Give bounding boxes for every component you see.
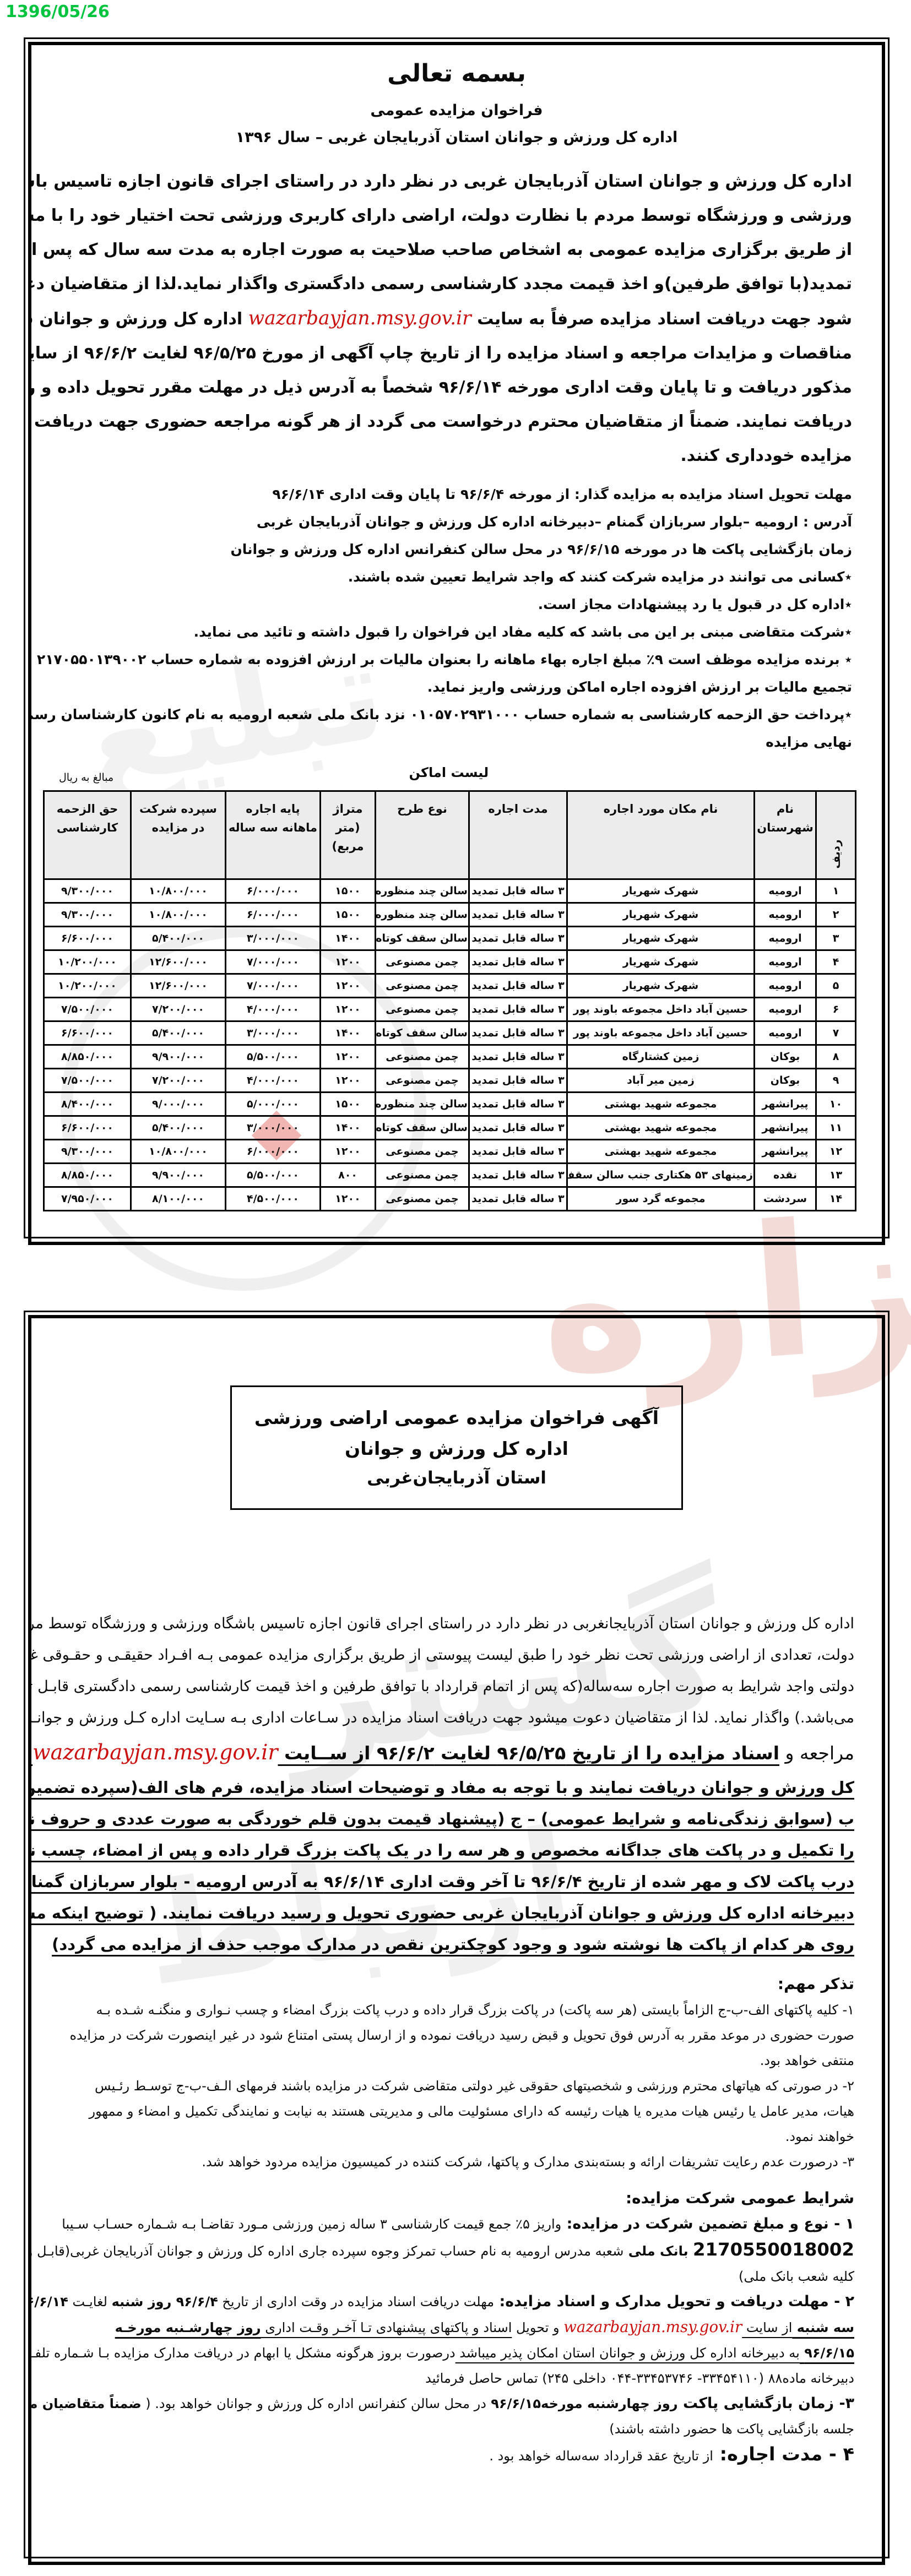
table-cell: زمینهای ۵۳ هکتاری جنب سالن سقف کوتاه bbox=[567, 1164, 755, 1187]
table-cell: چمن مصنوعی bbox=[376, 998, 469, 1021]
table-cell: ۸/۴۰۰/۰۰۰ bbox=[44, 1093, 131, 1116]
text-segment: ٭پرداخت حق الزحمه کارشناسی به شماره حساب… bbox=[28, 707, 852, 722]
text-line: مذکور دریافت و تا پایان وقت اداری مورخه … bbox=[61, 371, 852, 405]
text-segment: اسناد و پاکتهای پیشنهادی تـا آخـر وقـت ا… bbox=[261, 2320, 512, 2335]
table-cell: چمن مصنوعی bbox=[376, 1069, 469, 1093]
date-stamp: 1396/05/26 bbox=[6, 2, 110, 21]
text-segment: دولتی واجد شرایط به صورت اجاره سه‌ساله(ک… bbox=[28, 1678, 854, 1695]
table-cell: سالن چند منظوره bbox=[376, 1093, 469, 1116]
table-row: ۱۴سردشتمجموعه گرد سور۳ ساله قابل تمدیدچم… bbox=[44, 1187, 856, 1211]
table-cell: ۱۴ bbox=[816, 1187, 856, 1211]
text-segment: واریز ۵٪ جمع قیمت کارشناسی ۳ ساله زمین و… bbox=[62, 2216, 561, 2232]
table-row: ۹بوکانزمین میر آباد۳ ساله قابل تمدیدچمن … bbox=[44, 1069, 856, 1093]
table-cell: ۱۲۰۰ bbox=[321, 974, 376, 998]
table-cell: ۱۲ bbox=[816, 1140, 856, 1164]
table-cell: چمن مصنوعی bbox=[376, 1187, 469, 1211]
table-cell: چمن مصنوعی bbox=[376, 1045, 469, 1069]
table-cell: ۱۲۰۰ bbox=[321, 950, 376, 974]
table-cell: بوکان bbox=[755, 1045, 816, 1069]
table-cell: چمن مصنوعی bbox=[376, 1140, 469, 1164]
table-cell: ۳/۰۰۰/۰۰۰ bbox=[226, 1021, 321, 1045]
table-cell: سالن سقف کوتاه bbox=[376, 927, 469, 950]
table-cell: ۳ ساله قابل تمدید bbox=[469, 903, 567, 927]
table-cell: ۳ bbox=[816, 927, 856, 950]
text-line: اداره کل ورزش و جوانان استان آذربایجانغر… bbox=[59, 1608, 854, 1639]
text-line: نهایی مزایده bbox=[61, 729, 852, 756]
table-cell: مجموعه شهید بهشتی bbox=[567, 1116, 755, 1140]
page1-content: بسمه تعالی فراخوان مزایده عمومی اداره کل… bbox=[28, 42, 885, 1245]
table-cell: ۳ ساله قابل تمدید bbox=[469, 1021, 567, 1045]
table-cell: ۹/۰۰۰/۰۰۰ bbox=[131, 1093, 226, 1116]
table-cell: ۲ bbox=[816, 903, 856, 927]
table-cell: ۶/۶۰۰/۰۰۰ bbox=[44, 1116, 131, 1140]
table-cell: ۳ ساله قابل تمدید bbox=[469, 1069, 567, 1093]
table-cell: ۵/۰۰۰/۰۰۰ bbox=[226, 1093, 321, 1116]
page1-bullet-list: مهلت تحویل اسناد مزایده به مزایده گذار: … bbox=[61, 481, 852, 756]
table-row: ۱۳نقدهزمینهای ۵۳ هکتاری جنب سالن سقف کوت… bbox=[44, 1164, 856, 1187]
text-segment: اداره bbox=[28, 1742, 32, 1764]
page1-frame: بسمه تعالی فراخوان مزایده عمومی اداره کل… bbox=[24, 37, 890, 1238]
text-segment: به دبیرخانه اداره کل ورزش و جوانان استان… bbox=[455, 2345, 800, 2361]
website-link[interactable]: wazarbayjan.msy.gov.ir bbox=[563, 2318, 742, 2336]
text-segment: بانک ملی bbox=[623, 2243, 693, 2259]
text-segment: آدرس : ارومیه –بلوار سربازان گمنام –دبیر… bbox=[257, 514, 852, 530]
table-cell: سالن چند منظوره bbox=[376, 903, 469, 927]
table-cell: ۵/۴۰۰/۰۰۰ bbox=[131, 1021, 226, 1045]
table-cell: ۵ bbox=[816, 974, 856, 998]
notice-heading: تذکر مهم: bbox=[59, 1975, 854, 1993]
page1-subtitle: اداره کل ورزش و جوانان استان آذربایجان غ… bbox=[57, 129, 856, 146]
conditions-heading: شرایط عمومی شرکت مزایده: bbox=[59, 2189, 854, 2207]
text-segment: ۱ - نوع و مبلغ تضمین شرکت در مزایده: bbox=[561, 2215, 854, 2232]
table-cell: شهرک شهریار bbox=[567, 903, 755, 927]
page2-frame: آگهی فراخوان مزایده عمومی اراضی ورزشی اد… bbox=[24, 1311, 890, 2558]
table-cell: ۹/۳۰۰/۰۰۰ bbox=[44, 903, 131, 927]
table-row: ۶ارومیهحسین آباد داخل مجموعه باوند پور۳ … bbox=[44, 998, 856, 1021]
table-unit-note: مبالغ به ریال bbox=[59, 771, 113, 784]
text-line: ٭ برنده مزایده موظف است ۹٪ مبلغ اجاره به… bbox=[61, 646, 852, 673]
text-segment: شود جهت دریافت اسناد مزایده صرفاً به سای… bbox=[471, 309, 852, 329]
table-row: ۵ارومیهشهرک شهریار۳ ساله قابل تمدیدچمن م… bbox=[44, 974, 856, 998]
text-segment: ٭کسانی می توانند در مزایده شرکت کنند که … bbox=[348, 569, 852, 585]
table-cell: ۷/۰۰۰/۰۰۰ bbox=[226, 950, 321, 974]
table-row: ۱ارومیهشهرک شهریار۳ ساله قابل تمدیدسالن … bbox=[44, 879, 856, 903]
text-segment: ۲ - مهلت دریافت و تحویل مدارک و اسناد مز… bbox=[494, 2293, 854, 2310]
table-cell: ۱۰ bbox=[816, 1093, 856, 1116]
table-cell: ۱۵۰۰ bbox=[321, 1093, 376, 1116]
table-cell: ۳ ساله قابل تمدید bbox=[469, 998, 567, 1021]
text-line: دبیرخانه ماده۸۸ (۳۳۴۵۴۱۱۰- ۳۳۴۵۳۷۴۶-۰۴۴ … bbox=[59, 2366, 854, 2391]
text-line: دریافت نمایند. ضمناً از متقاضیان محترم د… bbox=[61, 405, 852, 439]
table-cell: ۹/۳۰۰/۰۰۰ bbox=[44, 1140, 131, 1164]
table-cell: ۱۰/۸۰۰/۰۰۰ bbox=[131, 903, 226, 927]
table-cell: شهرک شهریار bbox=[567, 974, 755, 998]
text-segment: روز چهارشـنبه مورخـه bbox=[115, 2320, 261, 2335]
table-cell: چمن مصنوعی bbox=[376, 974, 469, 998]
table-cell: ۵/۴۰۰/۰۰۰ bbox=[131, 1116, 226, 1140]
table-cell: ارومیه bbox=[755, 950, 816, 974]
table-row: ۲ارومیهشهرک شهریار۳ ساله قابل تمدیدسالن … bbox=[44, 903, 856, 927]
text-segment: ۹۶/۶/۱۴ روز bbox=[28, 2294, 68, 2309]
text-line: ۴ - مدت اجاره: از تاریخ عقد قرارداد سه‌س… bbox=[59, 2442, 854, 2469]
table-cell: ۴/۵۰۰/۰۰۰ bbox=[226, 1187, 321, 1211]
text-line: روی هر کدام از پاکت ها نوشته شود و وجود … bbox=[59, 1929, 854, 1960]
text-line: تمدید(با توافق طرفین)و اخذ قیمت مجدد کار… bbox=[61, 267, 852, 301]
text-segment: تجمیع مالیات بر ارزش افزوده اجاره اماکن … bbox=[427, 679, 852, 695]
table-cell: ۳ ساله قابل تمدید bbox=[469, 927, 567, 950]
table-cell: ۱۵۰۰ bbox=[321, 903, 376, 927]
text-line: دبیرخانه اداره کل ورزش و جوانان آذربایجا… bbox=[59, 1898, 854, 1929]
table-title: لیست اماکن bbox=[409, 765, 489, 780]
table-cell: ۸ bbox=[816, 1045, 856, 1069]
text-line: ٭اداره کل در قبول یا رد پیشنهادات مجاز ا… bbox=[61, 591, 852, 618]
table-cell: ۶ bbox=[816, 998, 856, 1021]
text-line: جلسه بازگشایی پاکت ها حضور داشته باشند) bbox=[59, 2416, 854, 2442]
table-cell: ۱۱ bbox=[816, 1116, 856, 1140]
table-row: ۴ارومیهشهرک شهریار۳ ساله قابل تمدیدچمن م… bbox=[44, 950, 856, 974]
table-cell: ۱۰/۸۰۰/۰۰۰ bbox=[131, 1140, 226, 1164]
text-line: را تکمیل و در پاکت های جداگانه مخصوص و ه… bbox=[59, 1835, 854, 1866]
table-column-header: ردیف bbox=[816, 791, 856, 879]
table-cell: ارومیه bbox=[755, 927, 816, 950]
text-line: ۱ - نوع و مبلغ تضمین شرکت در مزایده: وار… bbox=[59, 2211, 854, 2237]
table-cell: ۱۲۰۰ bbox=[321, 998, 376, 1021]
table-column-header: مدت اجاره bbox=[469, 791, 567, 879]
table-caption-row: لیست اماکن مبالغ به ریال bbox=[57, 759, 856, 790]
text-segment: ۹۶/۶/۱۵ bbox=[800, 2345, 854, 2361]
table-cell: ۱۴۰۰ bbox=[321, 1116, 376, 1140]
text-segment: هیات، مدیر عامل یا رئیس هیات مدیره یا هی… bbox=[89, 2104, 854, 2119]
table-cell: ۳ ساله قابل تمدید bbox=[469, 974, 567, 998]
page1-title: فراخوان مزایده عمومی bbox=[57, 102, 856, 119]
table-cell: ۳ ساله قابل تمدید bbox=[469, 1093, 567, 1116]
text-line: شود جهت دریافت اسناد مزایده صرفاً به سای… bbox=[61, 301, 852, 336]
table-cell: پیرانشهر bbox=[755, 1093, 816, 1116]
table-cell: ۱۳ bbox=[816, 1164, 856, 1187]
table-cell: ۸۰۰ bbox=[321, 1164, 376, 1187]
table-cell: ۱۲۰۰ bbox=[321, 1187, 376, 1211]
text-segment: زمان بازگشایی پاکت ها در مورخه ۹۶/۶/۱۵ د… bbox=[230, 541, 852, 557]
table-column-header: نام مکان مورد اجاره bbox=[567, 791, 755, 879]
page1-paragraph: اداره کل ورزش و جوانان استان آذربایجان غ… bbox=[61, 165, 852, 473]
text-line: ۳- درصورت عدم رعایت تشریفات ارائه و بسته… bbox=[59, 2149, 854, 2175]
table-column-header: نوع طرح bbox=[376, 791, 469, 879]
table-cell: ۷/۲۰۰/۰۰۰ bbox=[131, 998, 226, 1021]
table-cell: سالن سقف کوتاه bbox=[376, 1021, 469, 1045]
table-cell: ۱۴۰۰ bbox=[321, 1021, 376, 1045]
table-cell: ۳ ساله قابل تمدید bbox=[469, 1140, 567, 1164]
table-cell: ارومیه bbox=[755, 879, 816, 903]
table-cell: ۱۲/۶۰۰/۰۰۰ bbox=[131, 950, 226, 974]
text-segment: اداره کل ورزش و جوانان قسمت bbox=[28, 309, 248, 329]
text-line: ورزشی و ورزشگاه توسط مردم با نظارت دولت،… bbox=[61, 199, 852, 233]
table-cell: ۴/۰۰۰/۰۰۰ bbox=[226, 998, 321, 1021]
table-column-header: سپرده شرکت در مزایده bbox=[131, 791, 226, 879]
table-cell: سالن سقف کوتاه bbox=[376, 1116, 469, 1140]
table-cell: ۴/۰۰۰/۰۰۰ bbox=[226, 1069, 321, 1093]
page2-content: آگهی فراخوان مزایده عمومی اراضی ورزشی اد… bbox=[28, 1315, 885, 2565]
table-cell: شهرک شهریار bbox=[567, 927, 755, 950]
text-segment: دریافت نمایند. ضمناً از متقاضیان محترم د… bbox=[28, 412, 852, 431]
text-segment: سه شنبه bbox=[792, 2320, 854, 2335]
bismillah-heading: بسمه تعالی bbox=[57, 59, 856, 88]
table-cell: بوکان bbox=[755, 1069, 816, 1093]
table-cell: ارومیه bbox=[755, 903, 816, 927]
table-cell: ۳ ساله قابل تمدید bbox=[469, 879, 567, 903]
text-line: کل ورزش و جوانان دریافت نمایند و با توجه… bbox=[59, 1772, 854, 1803]
text-line: دولتی واجد شرایط به صورت اجاره سه‌ساله(ک… bbox=[59, 1671, 854, 1702]
table-cell: ۷/۹۵۰/۰۰۰ bbox=[44, 1187, 131, 1211]
table-row: ۳ارومیهشهرک شهریار۳ ساله قابل تمدیدسالن … bbox=[44, 927, 856, 950]
table-cell: ۱ bbox=[816, 879, 856, 903]
text-segment: ب (سوابق زندگی‌نامه و شرایط عمومی) – ج (… bbox=[28, 1809, 854, 1828]
table-row: ۱۲پیرانشهرمجموعه شهید بهشتی۳ ساله قابل ت… bbox=[44, 1140, 856, 1164]
text-segment: ۱- کلیه پاکتهای الف-ب-ج الزاماً بایستی (… bbox=[96, 2002, 854, 2018]
text-line: مهلت تحویل اسناد مزایده به مزایده گذار: … bbox=[61, 481, 852, 508]
text-segment: نهایی مزایده bbox=[766, 734, 852, 750]
table-cell: ۹/۹۰۰/۰۰۰ bbox=[131, 1164, 226, 1187]
text-segment: تمدید(با توافق طرفین)و اخذ قیمت مجدد کار… bbox=[28, 274, 852, 294]
text-segment: ٭شرکت متقاضی مبنی بر این می باشد که کلیه… bbox=[194, 624, 852, 640]
table-cell: ۳ ساله قابل تمدید bbox=[469, 1116, 567, 1140]
table-cell: ۱۲۰۰ bbox=[321, 1140, 376, 1164]
table-body: ۱ارومیهشهرک شهریار۳ ساله قابل تمدیدسالن … bbox=[44, 879, 856, 1211]
text-line: ۱- کلیه پاکتهای الف-ب-ج الزاماً بایستی (… bbox=[59, 1997, 854, 2023]
page2-paragraph: اداره کل ورزش و جوانان استان آذربایجانغر… bbox=[59, 1608, 854, 1960]
text-line: دولت، تعدادی از اراضی ورزشی تحت نظر خود … bbox=[59, 1639, 854, 1671]
text-line: اداره کل ورزش و جوانان استان آذربایجان غ… bbox=[61, 165, 852, 199]
page2-title-box: آگهی فراخوان مزایده عمومی اراضی ورزشی اد… bbox=[230, 1385, 683, 1510]
text-line: زمان بازگشایی پاکت ها در مورخه ۹۶/۶/۱۵ د… bbox=[61, 536, 852, 563]
text-segment: کلیه شعب بانک ملی) bbox=[739, 2269, 854, 2284]
text-line: سه شنبه از سایت wazarbayjan.msy.gov.ir و… bbox=[59, 2314, 854, 2340]
table-column-header: متراژ (متر مربع) bbox=[321, 791, 376, 879]
table-cell: ۶/۰۰۰/۰۰۰ bbox=[226, 903, 321, 927]
table-cell: ۱۵۰۰ bbox=[321, 879, 376, 903]
text-line: 2170550018002 بانک ملی شعبه مدرس ارومیه … bbox=[59, 2237, 854, 2264]
text-segment: از سایت bbox=[742, 2320, 792, 2335]
text-line: هیات، مدیر عامل یا رئیس هیات مدیره یا هی… bbox=[59, 2099, 854, 2124]
table-cell: ۶/۶۰۰/۰۰۰ bbox=[44, 927, 131, 950]
table-cell: حسین آباد داخل مجموعه باوند پور bbox=[567, 998, 755, 1021]
text-line: ب (سوابق زندگی‌نامه و شرایط عمومی) – ج (… bbox=[59, 1803, 854, 1835]
text-line: مناقصات و مزایدات مراجعه و اسناد مزایده … bbox=[61, 336, 852, 371]
table-cell: ۸/۸۵۰/۰۰۰ bbox=[44, 1045, 131, 1069]
text-segment: مزایده خودداری کنند. bbox=[680, 446, 852, 465]
text-segment: دولت، تعدادی از اراضی ورزشی تحت نظر خود … bbox=[28, 1646, 854, 1664]
text-segment: از تاریخ عقد قرارداد سه‌ساله خواهد بود . bbox=[489, 2448, 713, 2464]
text-line: مراجعه و اسناد مزایده را از تاریخ ۹۶/۵/۲… bbox=[59, 1733, 854, 1772]
text-segment: ۳- زمان بازگشایی پاکت bbox=[678, 2395, 854, 2412]
conditions-items: ۱ - نوع و مبلغ تضمین شرکت در مزایده: وار… bbox=[59, 2211, 854, 2469]
table-cell: ۳/۰۰۰/۰۰۰ bbox=[226, 1116, 321, 1140]
text-segment: را تکمیل و در پاکت های جداگانه مخصوص و ه… bbox=[28, 1841, 854, 1860]
table-cell: ۱۲/۶۰۰/۰۰۰ bbox=[131, 974, 226, 998]
table-cell: ۱۰/۸۰۰/۰۰۰ bbox=[131, 879, 226, 903]
website-link[interactable]: wazarbayjan.msy.gov.ir bbox=[32, 1740, 278, 1764]
table-cell: زمین کشتارگاه bbox=[567, 1045, 755, 1069]
text-segment: صورت حضوری در موعد مقرر به آدرس فوق تحوی… bbox=[69, 2028, 854, 2043]
table-cell: سالن چند منظوره bbox=[376, 879, 469, 903]
table-cell: حسین آباد داخل مجموعه باوند پور bbox=[567, 1021, 755, 1045]
text-line: ۲ - مهلت دریافت و تحویل مدارک و اسناد مز… bbox=[59, 2289, 854, 2314]
table-column-header-rotated: ردیف bbox=[826, 839, 845, 868]
text-segment: ضمناً متقاضیان می توانند در bbox=[28, 2396, 142, 2411]
table-cell: ۱۴۰۰ bbox=[321, 927, 376, 950]
text-segment: ورزشی و ورزشگاه توسط مردم با نظارت دولت،… bbox=[28, 206, 852, 225]
page2-title-line1: آگهی فراخوان مزایده عمومی اراضی ورزشی اد… bbox=[238, 1403, 675, 1464]
text-line: ٭پرداخت حق الزحمه کارشناسی به شماره حساب… bbox=[61, 701, 852, 729]
table-cell: مجموعه شهید بهشتی bbox=[567, 1093, 755, 1116]
text-segment: مهلت تحویل اسناد مزایده به مزایده گذار: … bbox=[272, 486, 852, 502]
table-column-header: پایه اجاره ماهانه سه ساله bbox=[226, 791, 321, 879]
table-cell: ۷/۵۰۰/۰۰۰ bbox=[44, 1069, 131, 1093]
table-row: ۱۰پیرانشهرمجموعه شهید بهشتی۳ ساله قابل ت… bbox=[44, 1093, 856, 1116]
page1-header: بسمه تعالی فراخوان مزایده عمومی اداره کل… bbox=[57, 59, 856, 146]
table-cell: ۱۲۰۰ bbox=[321, 1069, 376, 1093]
table-cell: سردشت bbox=[755, 1187, 816, 1211]
text-segment: از طریق برگزاری مزایده عمومی به اشخاص صا… bbox=[28, 240, 852, 259]
text-segment: می‌باشد.) واگذار نماید. لذا از متقاضیان … bbox=[28, 1709, 854, 1726]
table-column-header: نام شهرستان bbox=[755, 791, 816, 879]
table-cell: ۷ bbox=[816, 1021, 856, 1045]
text-segment: درب پاکت لاک و مهر شده از تاریخ ۹۶/۶/۴ ت… bbox=[28, 1872, 854, 1891]
table-cell: ۸/۸۵۰/۰۰۰ bbox=[44, 1164, 131, 1187]
text-line: ٭شرکت متقاضی مبنی بر این می باشد که کلیه… bbox=[61, 618, 852, 646]
text-segment: ۴ - مدت اجاره: bbox=[713, 2443, 854, 2465]
text-segment: در محل سالن کنفرانس اداره کل ورزش و جوان… bbox=[142, 2396, 486, 2411]
table-cell: مجموعه گرد سور bbox=[567, 1187, 755, 1211]
table-cell: زمین میر آباد bbox=[567, 1069, 755, 1093]
table-cell: ۵/۵۰۰/۰۰۰ bbox=[226, 1164, 321, 1187]
text-segment: اسناد مزایده را از تاریخ ۹۶/۵/۲۵ لغایت ۹… bbox=[278, 1742, 779, 1764]
text-line: ۹۶/۶/۱۵ به دبیرخانه اداره کل ورزش و جوان… bbox=[59, 2340, 854, 2366]
text-segment: دبیرخانه اداره کل ورزش و جوانان آذربایجا… bbox=[28, 1904, 854, 1922]
text-segment: ٭اداره کل در قبول یا رد پیشنهادات مجاز ا… bbox=[538, 596, 852, 612]
text-segment: منتفی خواهد بود. bbox=[760, 2053, 854, 2068]
text-segment: ٭ برنده مزایده موظف است ۹٪ مبلغ اجاره به… bbox=[28, 651, 852, 667]
text-line: ٭کسانی می توانند در مزایده شرکت کنند که … bbox=[61, 563, 852, 591]
text-segment: روز چهارشنبه مورخه۹۶/۶/۱۵ bbox=[486, 2396, 678, 2411]
table-row: ۷ارومیهحسین آباد داخل مجموعه باوند پور۳ … bbox=[44, 1021, 856, 1045]
table-cell: ۳ ساله قابل تمدید bbox=[469, 1164, 567, 1187]
page2-title-line2: استان آذربایجان‌غربی bbox=[238, 1464, 675, 1492]
text-line: ۲- در صورتی که هیاتهای محترم ورزشی و شخص… bbox=[59, 2073, 854, 2099]
text-segment: 2170550018002 bbox=[693, 2239, 854, 2260]
text-line: ۳- زمان بازگشایی پاکت روز چهارشنبه مورخه… bbox=[59, 2391, 854, 2416]
table-cell: ۳ ساله قابل تمدید bbox=[469, 1045, 567, 1069]
table-column-header: حق الزحمه کارشناسی bbox=[44, 791, 131, 879]
text-line: منتفی خواهد بود. bbox=[59, 2048, 854, 2073]
table-cell: ۱۲۰۰ bbox=[321, 1045, 376, 1069]
text-segment: اداره کل ورزش و جوانان استان آذربایجانغر… bbox=[28, 1615, 854, 1632]
text-segment: خواهند نمود. bbox=[785, 2129, 854, 2144]
website-link[interactable]: wazarbayjan.msy.gov.ir bbox=[248, 307, 471, 329]
text-line: خواهند نمود. bbox=[59, 2124, 854, 2149]
table-cell: شهرک شهریار bbox=[567, 950, 755, 974]
table-cell: ۳ ساله قابل تمدید bbox=[469, 950, 567, 974]
table-cell: شهرک شهریار bbox=[567, 879, 755, 903]
text-line: صورت حضوری در موعد مقرر به آدرس فوق تحوی… bbox=[59, 2023, 854, 2048]
table-cell: ۷/۲۰۰/۰۰۰ bbox=[131, 1069, 226, 1093]
table-cell: ۹/۹۰۰/۰۰۰ bbox=[131, 1045, 226, 1069]
text-segment: مراجعه و bbox=[779, 1742, 854, 1764]
text-segment: لغایـت bbox=[68, 2294, 112, 2309]
text-segment: و تحویل bbox=[512, 2320, 563, 2335]
table-cell: ۳/۰۰۰/۰۰۰ bbox=[226, 927, 321, 950]
table-cell: ارومیه bbox=[755, 998, 816, 1021]
table-cell: چمن مصنوعی bbox=[376, 1164, 469, 1187]
table-cell: ۴ bbox=[816, 950, 856, 974]
table-cell: ۹ bbox=[816, 1069, 856, 1093]
text-line: مزایده خودداری کنند. bbox=[61, 439, 852, 473]
text-segment: مهلت دریافت اسناد مزایده در وقت اداری از… bbox=[218, 2294, 494, 2309]
table-cell: ۵/۴۰۰/۰۰۰ bbox=[131, 927, 226, 950]
text-segment: ۲- در صورتی که هیاتهای محترم ورزشی و شخص… bbox=[95, 2078, 854, 2094]
table-cell: پیرانشهر bbox=[755, 1116, 816, 1140]
table-cell: ارومیه bbox=[755, 1021, 816, 1045]
text-line: از طریق برگزاری مزایده عمومی به اشخاص صا… bbox=[61, 233, 852, 267]
text-segment: مناقصات و مزایدات مراجعه و اسناد مزایده … bbox=[28, 344, 852, 363]
text-segment: مذکور دریافت و تا پایان وقت اداری مورخه … bbox=[28, 378, 852, 397]
table-cell: پیرانشهر bbox=[755, 1140, 816, 1164]
table-cell: ۶/۶۰۰/۰۰۰ bbox=[44, 1021, 131, 1045]
table-cell: چمن مصنوعی bbox=[376, 950, 469, 974]
table-cell: ۱۰/۲۰۰/۰۰۰ bbox=[44, 950, 131, 974]
table-header-row: ردیفنام شهرستاننام مکان مورد اجارهمدت اج… bbox=[44, 791, 856, 879]
text-segment: ۹۶/۶/۴ روز شنبه bbox=[112, 2294, 218, 2309]
table-cell: ۸/۱۰۰/۰۰۰ bbox=[131, 1187, 226, 1211]
text-line: می‌باشد.) واگذار نماید. لذا از متقاضیان … bbox=[59, 1702, 854, 1733]
table-cell: نقده bbox=[755, 1164, 816, 1187]
text-line: آدرس : ارومیه –بلوار سربازان گمنام –دبیر… bbox=[61, 508, 852, 536]
table-cell: ۷/۵۰۰/۰۰۰ bbox=[44, 998, 131, 1021]
table-cell: ۵/۵۰۰/۰۰۰ bbox=[226, 1045, 321, 1069]
table-cell: ۳ ساله قابل تمدید bbox=[469, 1187, 567, 1211]
table-cell: مجموعه شهید بهشتی bbox=[567, 1140, 755, 1164]
table-cell: ۹/۳۰۰/۰۰۰ bbox=[44, 879, 131, 903]
text-segment: دبیرخانه ماده۸۸ (۳۳۴۵۴۱۱۰- ۳۳۴۵۳۷۴۶-۰۴۴ … bbox=[425, 2371, 854, 2386]
table-cell: ۱۰/۲۰۰/۰۰۰ bbox=[44, 974, 131, 998]
text-line: درب پاکت لاک و مهر شده از تاریخ ۹۶/۶/۴ ت… bbox=[59, 1866, 854, 1898]
text-segment: کل ورزش و جوانان دریافت نمایند و با توجه… bbox=[28, 1778, 854, 1797]
text-line: کلیه شعب بانک ملی) bbox=[59, 2264, 854, 2289]
text-line: تجمیع مالیات بر ارزش افزوده اجاره اماکن … bbox=[61, 673, 852, 701]
text-segment: روی هر کدام از پاکت ها نوشته شود و وجود … bbox=[52, 1935, 854, 1954]
scanned-auction-document: { "date_stamp": "1396/05/26", "colors": … bbox=[0, 0, 911, 2576]
text-segment: درصورت بروز هرگونه مشکل یا ابهام در دریا… bbox=[28, 2345, 455, 2361]
text-segment: اداره کل ورزش و جوانان استان آذربایجان غ… bbox=[28, 172, 852, 191]
facilities-table: ردیفنام شهرستاننام مکان مورد اجارهمدت اج… bbox=[43, 790, 856, 1211]
table-row: ۸بوکانزمین کشتارگاه۳ ساله قابل تمدیدچمن … bbox=[44, 1045, 856, 1069]
table-row: ۱۱پیرانشهرمجموعه شهید بهشتی۳ ساله قابل ت… bbox=[44, 1116, 856, 1140]
table-cell: ۶/۰۰۰/۰۰۰ bbox=[226, 879, 321, 903]
text-segment: شعبه مدرس ارومیه به نام حساب تمرکز وجوه … bbox=[28, 2243, 623, 2259]
notice-items: ۱- کلیه پاکتهای الف-ب-ج الزاماً بایستی (… bbox=[59, 1997, 854, 2175]
text-segment: جلسه بازگشایی پاکت ها حضور داشته باشند) bbox=[609, 2421, 854, 2437]
table-cell: ارومیه bbox=[755, 974, 816, 998]
table-cell: ۷/۰۰۰/۰۰۰ bbox=[226, 974, 321, 998]
text-segment: ۳- درصورت عدم رعایت تشریفات ارائه و بسته… bbox=[202, 2154, 854, 2170]
table-cell: ۶/۰۰۰/۰۰۰ bbox=[226, 1140, 321, 1164]
